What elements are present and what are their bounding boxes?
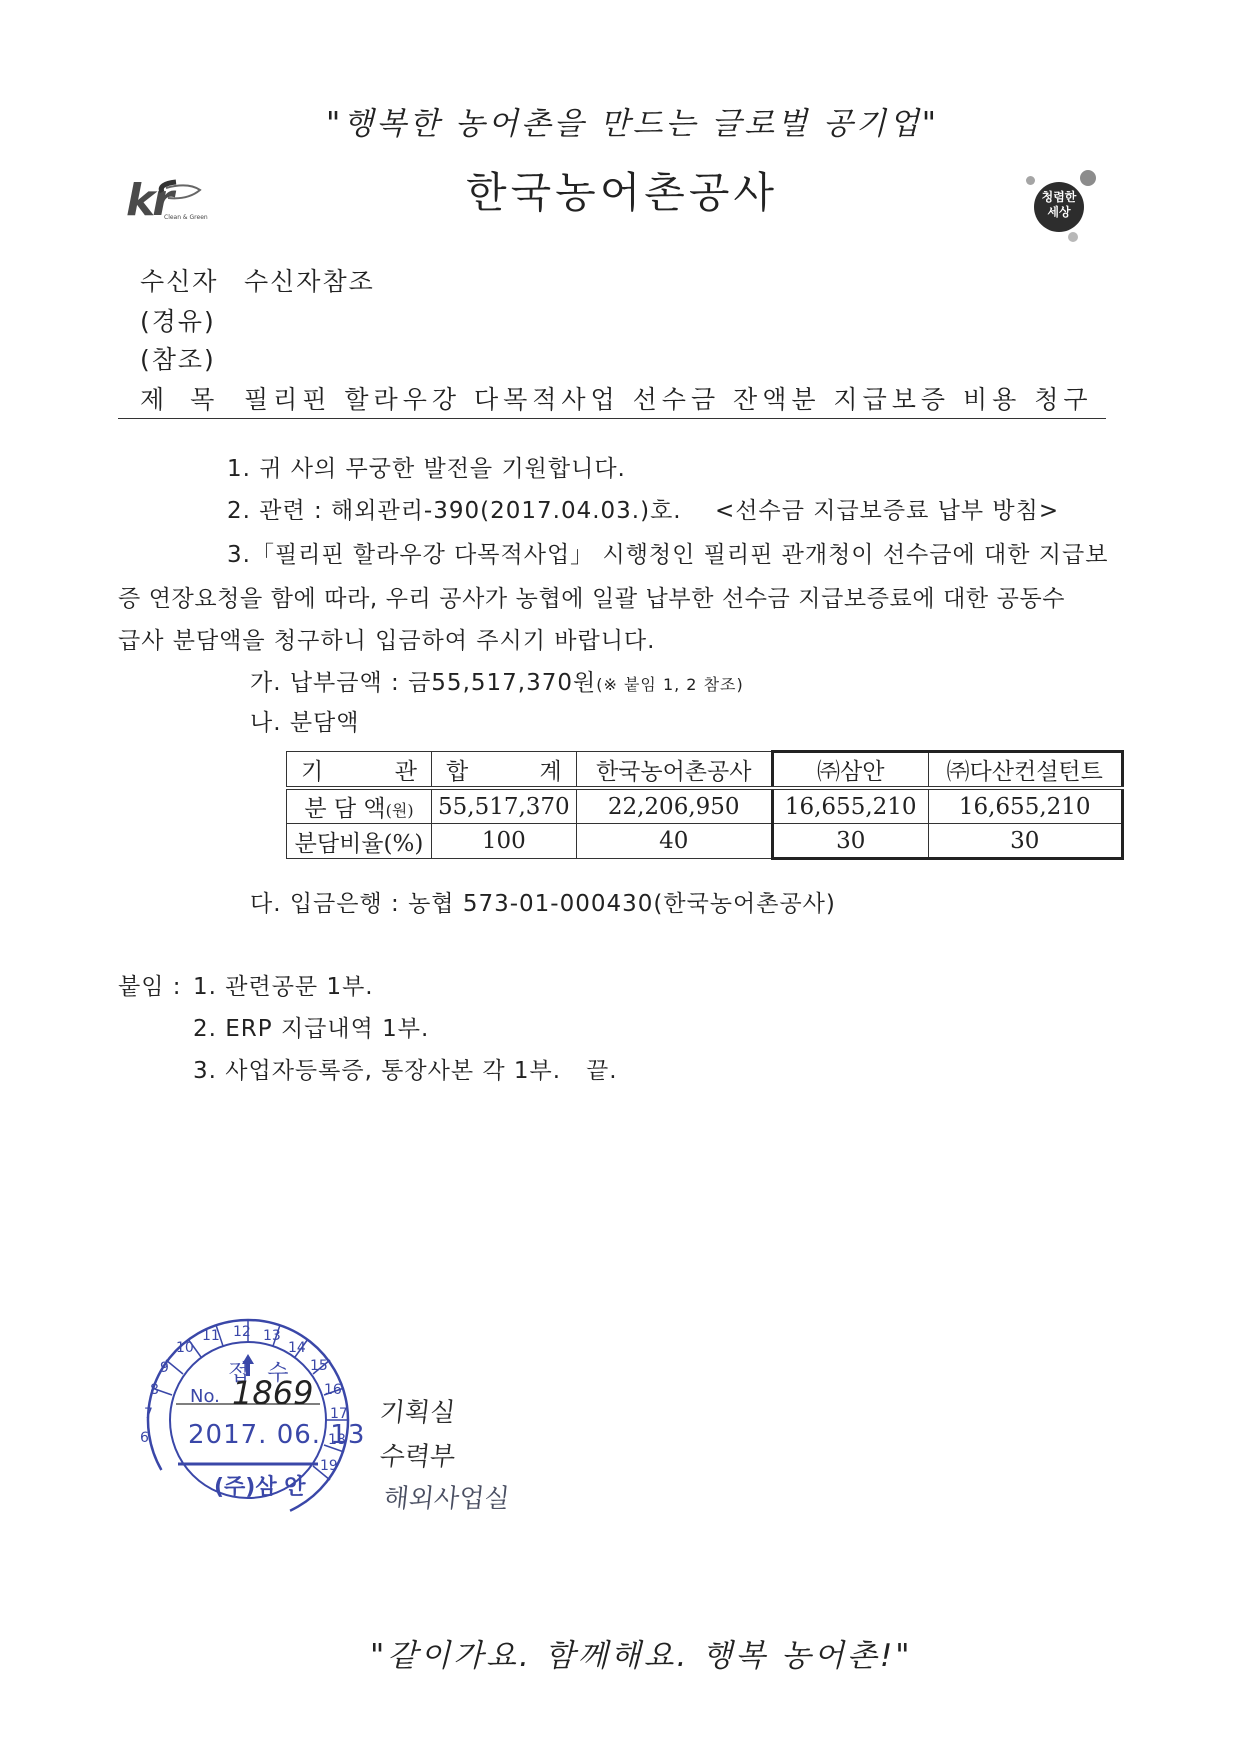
cell-dasan: 30 [928, 824, 1122, 859]
cell-dasan: 16,655,210 [928, 788, 1122, 824]
recipient-label: 수신자 [140, 262, 218, 298]
row-total: 55,517,370 [432, 788, 577, 824]
header-total-part: 합 [446, 753, 468, 786]
routing-note: 해외사업실 [382, 1478, 511, 1515]
cell-krc: 40 [576, 824, 772, 859]
svg-text:14: 14 [288, 1340, 306, 1356]
paragraph-3-line-3: 급사 분담액을 청구하니 입금하여 주시기 바랍니다. [118, 622, 655, 655]
logo-tagline: Clean & Green [164, 214, 208, 221]
attachments-label: 붙임 : [118, 968, 182, 1001]
stamp-date: 2017. 06. 13 [188, 1420, 365, 1450]
header-dasan: ㈜다산컨설턴트 [928, 752, 1122, 789]
svg-text:10: 10 [176, 1340, 194, 1356]
routing-note: 수력부 [378, 1436, 457, 1473]
row-label-text: 분 담 액 [304, 796, 385, 822]
paragraph-3-line-1: 3.「필리핀 할라우강 다목적사업」 시행청인 필리핀 관개청이 선수금에 대한… [227, 536, 1108, 569]
ref-label: (참조) [140, 340, 216, 376]
payment-amount-note: (※ 붙임 1, 2 참조) [596, 675, 744, 694]
receipt-stamp: 12 13 14 15 16 17 18 19 11 10 9 8 7 6 접수… [130, 1318, 370, 1528]
paragraph-1: 1. 귀 사의 무궁한 발전을 기원합니다. [227, 450, 626, 483]
badge-line-2: 세상 [1036, 205, 1082, 220]
stamp-receipt-number: 1869 [232, 1374, 313, 1412]
table-row: 분담비율(%) 100 40 30 30 [287, 824, 1123, 859]
deposit-bank: 다. 입금은행 : 농협 573-01-000430(한국농어촌공사) [250, 885, 836, 918]
stamp-no-label: No. [190, 1386, 220, 1407]
header-institution-part: 기 [301, 753, 323, 786]
svg-text:9: 9 [160, 1360, 169, 1376]
badge-dot-icon [1068, 232, 1078, 242]
row-unit: (%) [384, 831, 424, 857]
badge-text: 청렴한 세상 [1036, 190, 1082, 220]
integrity-badge: 청렴한 세상 [1026, 170, 1098, 242]
header-saman: ㈜삼안 [772, 752, 928, 789]
svg-text:19: 19 [320, 1458, 338, 1474]
routing-note: 기획실 [378, 1392, 457, 1429]
subject-value: 필리핀 할라우강 다목적사업 선수금 잔액분 지급보증 비용 청구 [244, 380, 1093, 416]
svg-text:7: 7 [144, 1406, 153, 1422]
cell-saman: 16,655,210 [772, 788, 928, 824]
via-label: (경유) [140, 302, 216, 338]
payment-amount-label: 가. 납부금액 : 금55,517,370원 [250, 670, 596, 696]
row-label: 분 담 액(원) [287, 788, 432, 824]
paragraph-2: 2. 관련 : 해외관리-390(2017.04.03.)호. [227, 492, 682, 525]
row-label-text: 분담비율 [295, 831, 384, 857]
share-table: 기관 합계 한국농어촌공사 ㈜삼안 ㈜다산컨설턴트 분 담 액(원) 55,51… [286, 750, 1124, 860]
svg-text:6: 6 [140, 1430, 149, 1446]
attachment-item: 1. 관련공문 1부. [193, 968, 374, 1001]
svg-text:16: 16 [324, 1382, 342, 1398]
header-krc: 한국농어촌공사 [576, 752, 772, 789]
svg-text:15: 15 [310, 1358, 328, 1374]
bottom-slogan: "같이가요. 함께해요. 행복 농어촌!" [370, 1630, 913, 1675]
cell-saman: 30 [772, 824, 928, 859]
row-total: 100 [432, 824, 577, 859]
header-total-part: 계 [539, 753, 561, 786]
row-label: 분담비율(%) [287, 824, 432, 859]
header-total: 합계 [432, 752, 577, 789]
top-slogan: "행복한 농어촌을 만드는 글로벌 공기업" [326, 98, 939, 143]
svg-text:13: 13 [263, 1328, 281, 1344]
paragraph-3-line-2: 증 연장요청을 함에 따라, 우리 공사가 농협에 일괄 납부한 선수금 지급보… [118, 580, 1065, 613]
header-institution: 기관 [287, 752, 432, 789]
recipient-value: 수신자참조 [244, 262, 375, 298]
badge-dot-icon [1080, 170, 1096, 186]
krc-logo: kr Clean & Green [126, 176, 216, 228]
paragraph-2-note: <선수금 지급보증료 납부 방침> [715, 492, 1059, 525]
subject-label: 제목 [140, 380, 240, 416]
svg-text:12: 12 [233, 1324, 251, 1340]
share-heading: 나. 분담액 [250, 704, 360, 737]
attachment-item: 2. ERP 지급내역 1부. [193, 1010, 429, 1043]
svg-text:11: 11 [202, 1328, 220, 1344]
payment-amount: 가. 납부금액 : 금55,517,370원(※ 붙임 1, 2 참조) [250, 664, 744, 697]
svg-text:8: 8 [150, 1382, 159, 1398]
header-institution-part: 관 [395, 753, 417, 786]
table-row: 분 담 액(원) 55,517,370 22,206,950 16,655,21… [287, 788, 1123, 824]
badge-dot-icon [1026, 176, 1035, 185]
stamp-company: (주)삼 안 [214, 1470, 306, 1501]
cell-krc: 22,206,950 [576, 788, 772, 824]
table-header-row: 기관 합계 한국농어촌공사 ㈜삼안 ㈜다산컨설턴트 [287, 752, 1123, 789]
krc-logo-icon [154, 178, 214, 208]
attachment-item: 3. 사업자등록증, 통장사본 각 1부. 끝. [193, 1052, 618, 1085]
row-unit: (원) [386, 801, 414, 820]
subject-divider [118, 418, 1106, 419]
badge-line-1: 청렴한 [1036, 190, 1082, 205]
org-title: 한국농어촌공사 [466, 160, 778, 220]
